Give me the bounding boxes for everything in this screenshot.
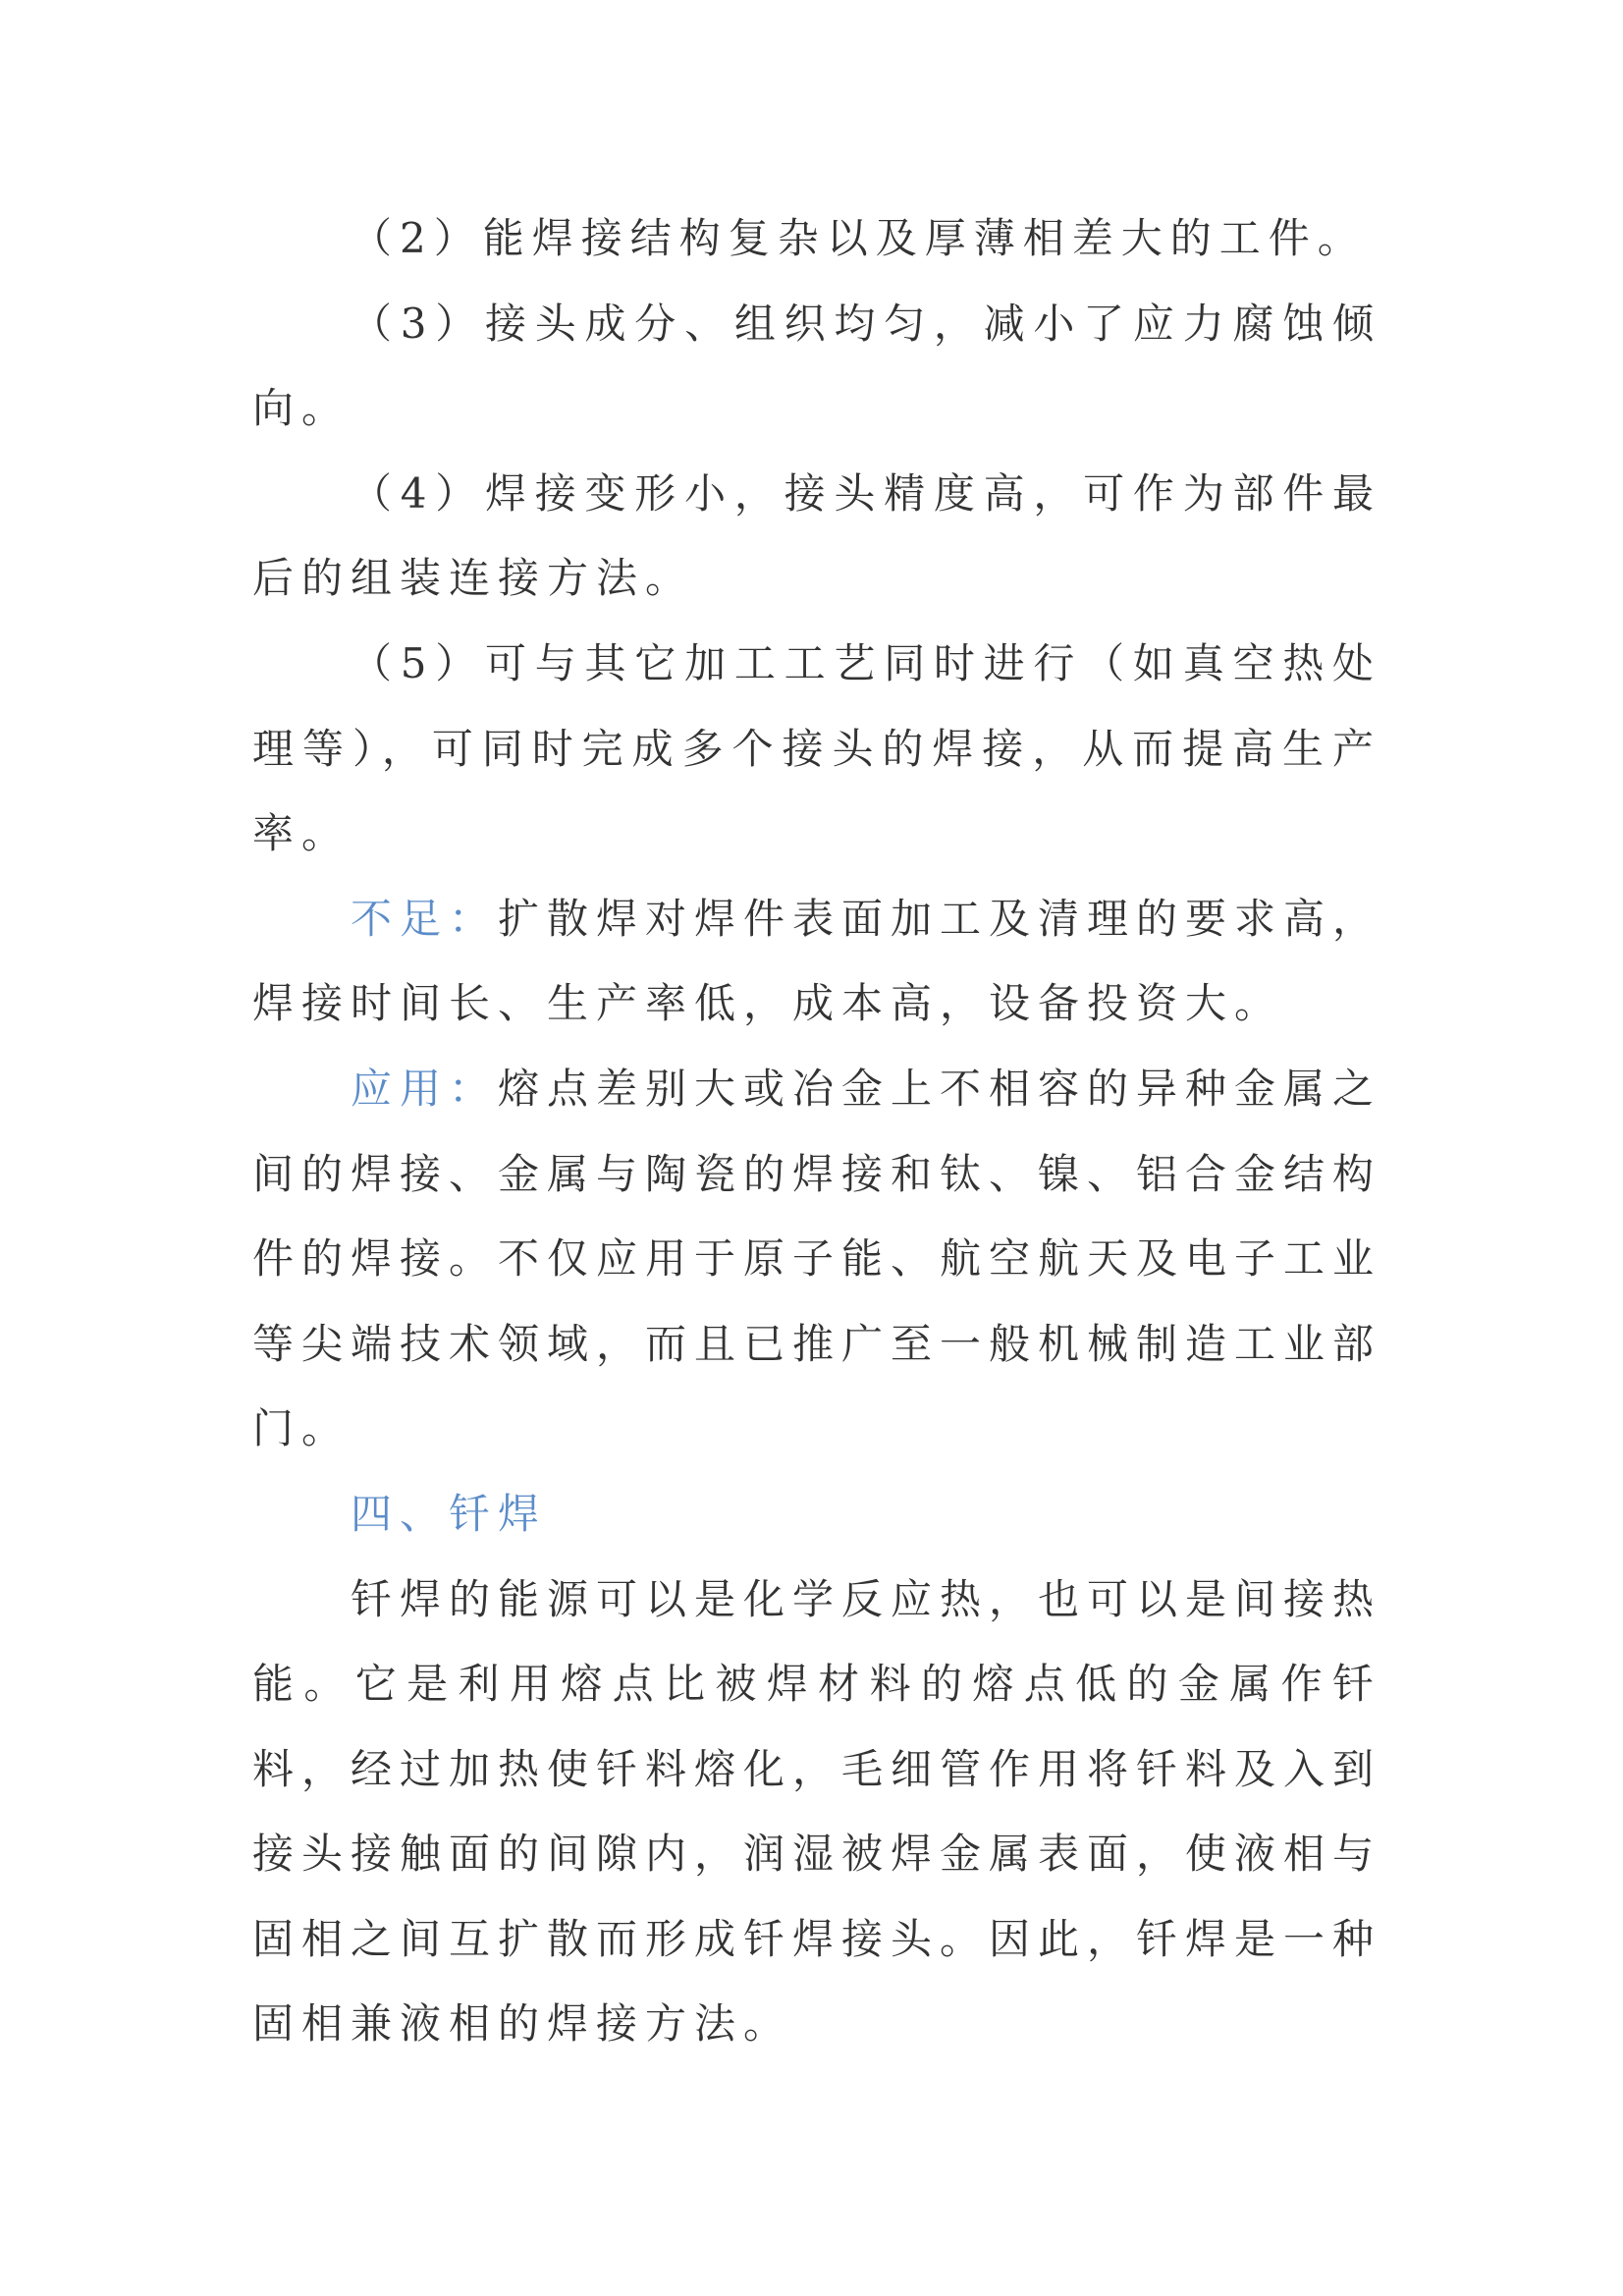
paragraph-item-5: （5）可与其它加工工艺同时进行（如真空热处 理等），可同时完成多个接头的焊接，从… <box>252 622 1381 877</box>
text-line: 固相兼液相的焊接方法。 <box>252 1982 1381 2067</box>
text-line: 应用：熔点差别大或冶金上不相容的异种金属之 <box>252 1047 1381 1132</box>
paragraph-item-4: （4）焊接变形小，接头精度高，可作为部件最 后的组装连接方法。 <box>252 452 1381 622</box>
text-line: （3）接头成分、组织均匀，减小了应力腐蚀倾 <box>252 282 1381 367</box>
paragraph-item-2: （2）能焊接结构复杂以及厚薄相差大的工件。 <box>252 196 1381 282</box>
text-span: 熔点差别大或冶金上不相容的异种金属之 <box>498 1065 1381 1113</box>
paragraph-brazing: 钎焊的能源可以是化学反应热，也可以是间接热 能。它是利用熔点比被焊材料的熔点低的… <box>252 1558 1381 2068</box>
text-line: 焊接时间长、生产率低，成本高，设备投资大。 <box>252 961 1381 1047</box>
text-line: 料，经过加热使钎料熔化，毛细管作用将钎料及入到 <box>252 1727 1381 1813</box>
text-line: 钎焊的能源可以是化学反应热，也可以是间接热 <box>252 1558 1381 1643</box>
text-line: （2）能焊接结构复杂以及厚薄相差大的工件。 <box>252 196 1381 282</box>
paragraph-applications: 应用：熔点差别大或冶金上不相容的异种金属之 间的焊接、金属与陶瓷的焊接和钛、镍、… <box>252 1047 1381 1472</box>
text-line: （4）焊接变形小，接头精度高，可作为部件最 <box>252 452 1381 537</box>
text-line: 向。 <box>252 366 1381 452</box>
section-heading: 四、钎焊 <box>252 1472 1381 1558</box>
paragraph-disadvantages: 不足：扩散焊对焊件表面加工及清理的要求高， 焊接时间长、生产率低，成本高，设备投… <box>252 877 1381 1047</box>
text-line: 率。 <box>252 792 1381 877</box>
applications-label: 应用： <box>351 1065 498 1113</box>
text-line: 固相之间互扩散而形成钎焊接头。因此，钎焊是一种 <box>252 1897 1381 1983</box>
document-page: （2）能焊接结构复杂以及厚薄相差大的工件。 （3）接头成分、组织均匀，减小了应力… <box>252 196 1381 2067</box>
text-span: 扩散焊对焊件表面加工及清理的要求高， <box>498 895 1381 943</box>
text-line: 理等），可同时完成多个接头的焊接，从而提高生产 <box>252 707 1381 793</box>
text-line: 门。 <box>252 1387 1381 1472</box>
text-line: 后的组装连接方法。 <box>252 536 1381 622</box>
text-line: 不足：扩散焊对焊件表面加工及清理的要求高， <box>252 877 1381 962</box>
disadvantages-label: 不足： <box>351 895 498 943</box>
text-line: 接头接触面的间隙内，润湿被焊金属表面，使液相与 <box>252 1812 1381 1897</box>
text-line: 件的焊接。不仅应用于原子能、航空航天及电子工业 <box>252 1217 1381 1302</box>
paragraph-item-3: （3）接头成分、组织均匀，减小了应力腐蚀倾 向。 <box>252 282 1381 452</box>
text-line: 能。它是利用熔点比被焊材料的熔点低的金属作钎 <box>252 1642 1381 1727</box>
text-line: （5）可与其它加工工艺同时进行（如真空热处 <box>252 622 1381 707</box>
text-line: 等尖端技术领域，而且已推广至一般机械制造工业部 <box>252 1302 1381 1388</box>
text-line: 间的焊接、金属与陶瓷的焊接和钛、镍、铝合金结构 <box>252 1132 1381 1218</box>
